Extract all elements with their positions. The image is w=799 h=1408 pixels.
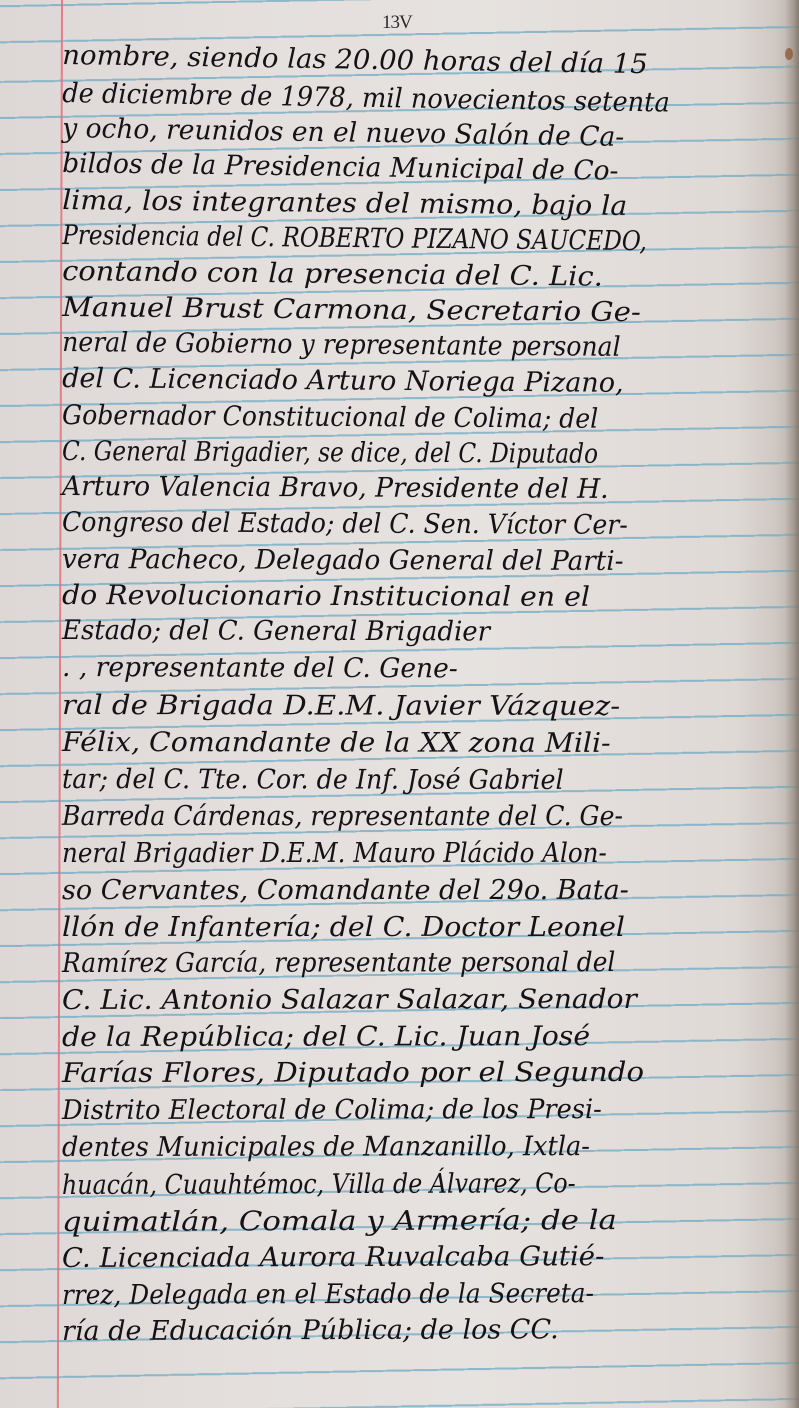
text-line: rrez, Delegada en el Estado de la Secret…	[62, 1278, 594, 1312]
text-line: huacán, Cuauhtémoc, Villa de Álvarez, Co…	[62, 1168, 576, 1202]
text-line: do Revolucionario Institucional en el	[62, 580, 590, 614]
text-line: de la República; del C. Lic. Juan José	[62, 1021, 590, 1054]
text-line: contando con la presencia del C. Lic.	[62, 256, 603, 294]
text-line: Félix, Comandante de la XX zona Mili-	[62, 727, 611, 760]
text-line: y ocho, reunidos en el nuevo Salón de Ca…	[62, 113, 624, 154]
text-line: neral Brigadier D.E.M. Mauro Plácido Alo…	[62, 838, 607, 870]
text-line: so Cervantes, Comandante del 29o. Bata-	[62, 875, 629, 907]
text-line: Distrito Electoral de Colima; de los Pre…	[62, 1094, 602, 1127]
text-line: ral de Brigada D.E.M. Javier Vázquez-	[62, 690, 620, 723]
text-line: nombre, siendo las 20.00 horas del día 1…	[62, 40, 648, 81]
handwritten-text-body: nombre, siendo las 20.00 horas del día 1…	[62, 0, 797, 1408]
text-line: Estado; del C. General Brigadier	[62, 615, 490, 648]
text-line: Manuel Brust Carmona, Secretario Ge-	[62, 292, 641, 329]
text-line: bildos de la Presidencia Municipal de Co…	[62, 148, 619, 188]
text-line: Congreso del Estado; del C. Sen. Víctor …	[62, 507, 628, 542]
text-line: vera Pacheco, Delegado General del Parti…	[62, 544, 624, 578]
text-line: quimatlán, Comala y Armería; de la	[62, 1205, 617, 1239]
text-line: ría de Educación Pública; de los CC.	[62, 1314, 559, 1348]
text-line: Farías Flores, Diputado por el Segundo	[62, 1057, 644, 1090]
text-line: lima, los integrantes del mismo, bajo la	[62, 185, 627, 223]
notebook-page: 13V nombre, siendo las 20.00 horas del d…	[0, 0, 799, 1408]
text-line: dentes Municipales de Manzanillo, Ixtla-	[62, 1131, 590, 1164]
text-line: tar; del C. Tte. Cor. de Inf. José Gabri…	[62, 764, 564, 797]
text-line: llón de Infantería; del C. Doctor Leonel	[62, 912, 625, 944]
text-line: Barreda Cárdenas, representante del C. G…	[62, 801, 623, 833]
text-line: Ramírez García, representante personal d…	[62, 947, 615, 980]
text-line: del C. Licenciado Arturo Noriega Pizano,	[62, 363, 624, 400]
text-line: Presidencia del C. ROBERTO PIZANO SAUCED…	[62, 220, 647, 258]
text-line: neral de Gobierno y representante person…	[62, 327, 621, 364]
text-line: C. Lic. Antonio Salazar Salazar, Senador	[62, 984, 637, 1017]
text-line: Gobernador Constitucional de Colima; del	[62, 400, 598, 436]
text-line: C. Licenciada Aurora Ruvalcaba Gutié-	[62, 1241, 605, 1275]
text-line: . , representante del C. Gene-	[62, 652, 458, 685]
text-line: C. General Brigadier, se dice, del C. Di…	[62, 436, 598, 471]
text-line: Arturo Valencia Bravo, Presidente del H.	[62, 471, 609, 506]
text-line: de diciembre de 1978, mil novecientos se…	[62, 78, 670, 120]
